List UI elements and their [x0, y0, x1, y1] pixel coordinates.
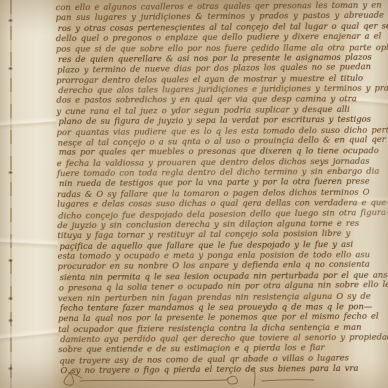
- stitch-mark: [7, 258, 14, 263]
- manuscript-page: con ello e algunos cavalleros e otras qu…: [0, 0, 388, 388]
- paper-crease: [0, 327, 60, 343]
- binding-seam: [10, 0, 12, 388]
- stitch-mark: [7, 18, 14, 23]
- paper-crease: [0, 116, 56, 130]
- stitch-mark: [7, 66, 14, 71]
- manuscript-text: con ello e algunos cavalleros e otras qu…: [56, 0, 357, 380]
- manuscript-line: O sy no trayere o figo q pierda el terçi…: [60, 363, 356, 376]
- stitch-mark: [7, 170, 14, 175]
- stitch-mark: [7, 296, 14, 301]
- stitch-mark: [7, 366, 14, 371]
- stitch-mark: [7, 318, 14, 323]
- paper-crease: [0, 236, 58, 249]
